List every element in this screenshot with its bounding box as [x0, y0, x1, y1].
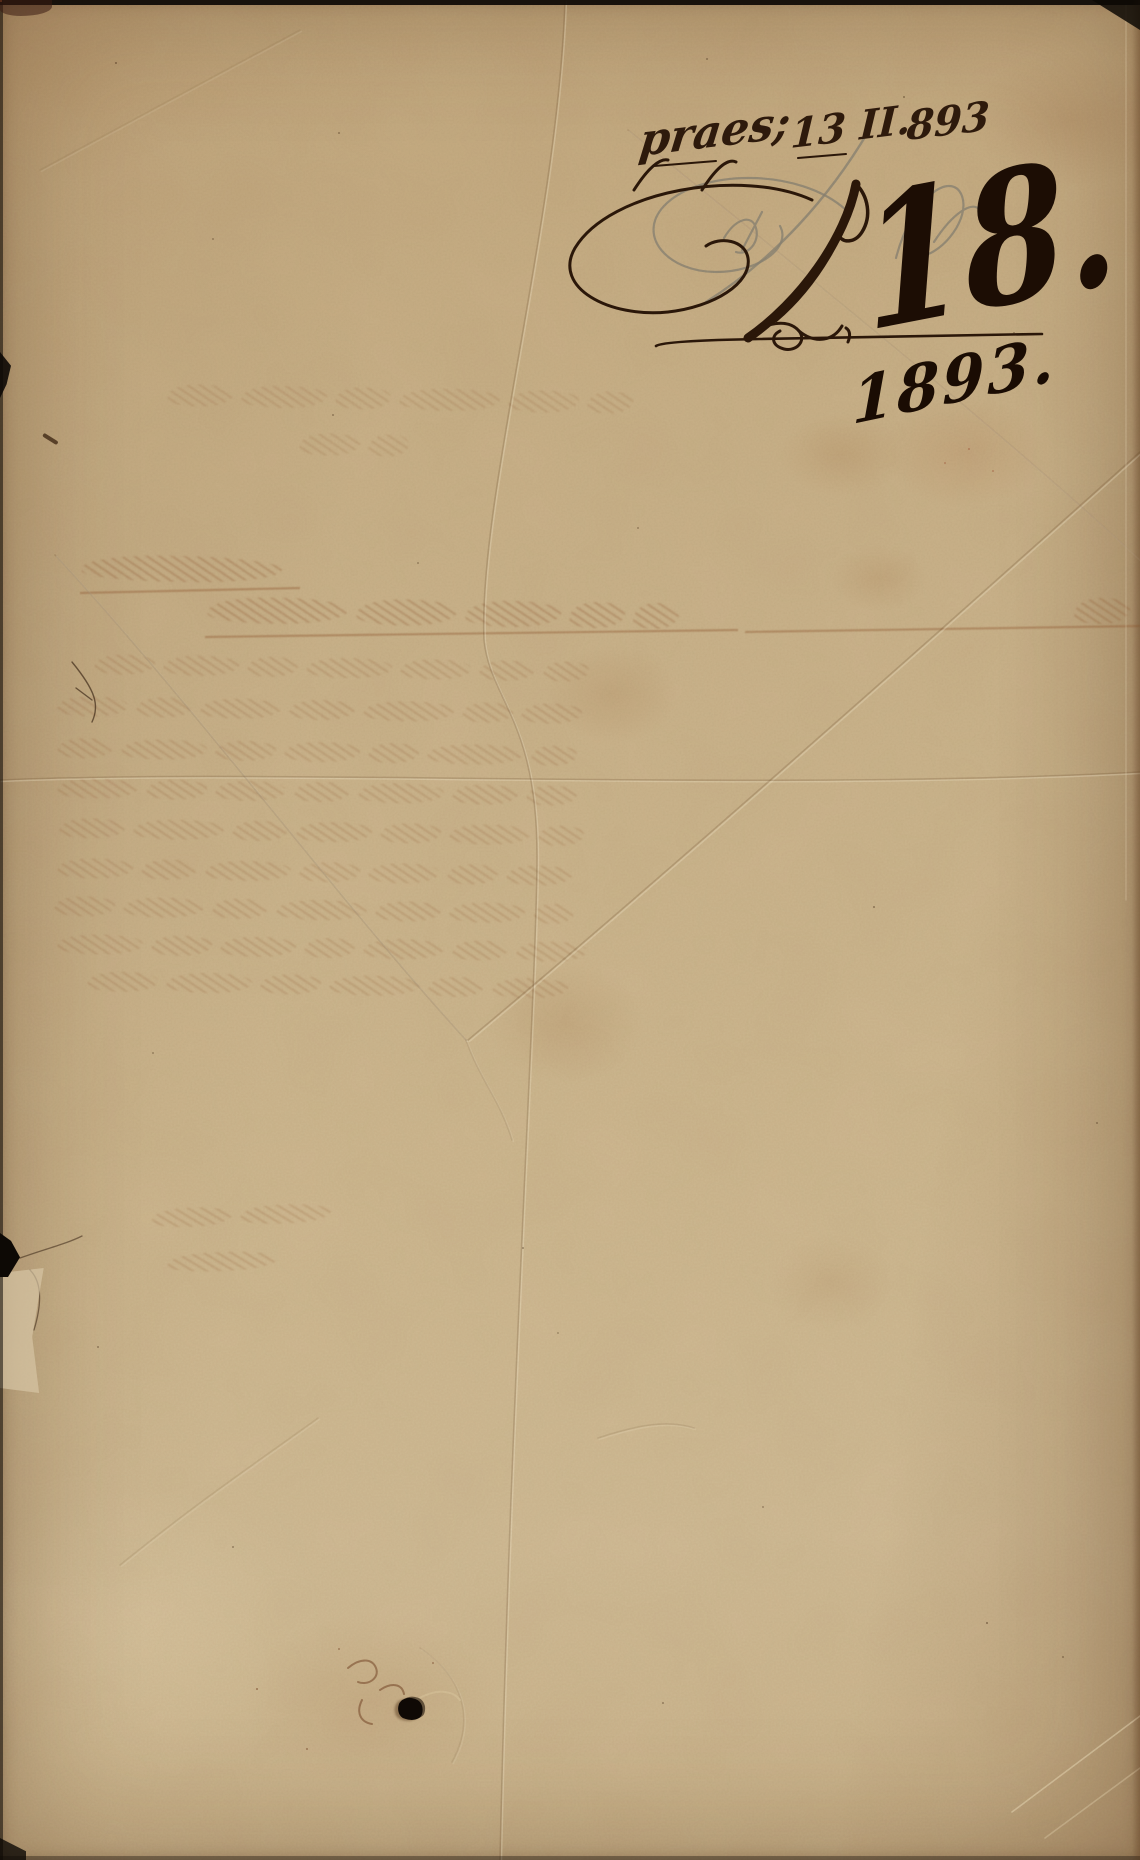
- docket-number: 18.: [855, 112, 1123, 373]
- handwriting-layer: praes; 13 II. 893 B. 18. 1893.: [0, 0, 1140, 1860]
- scan-edge-right: [1132, 0, 1140, 1860]
- scan-edge-bottom: [0, 1856, 1140, 1860]
- presentation-day-month: 13 II.: [789, 95, 912, 158]
- scanned-document-page: praes; 13 II. 893 B. 18. 1893.: [0, 0, 1140, 1860]
- scan-edge-top: [0, 0, 1140, 5]
- presentation-word: praes;: [637, 95, 794, 167]
- scan-edge-left: [0, 0, 3, 1860]
- foxing-specks: [0, 0, 2, 2]
